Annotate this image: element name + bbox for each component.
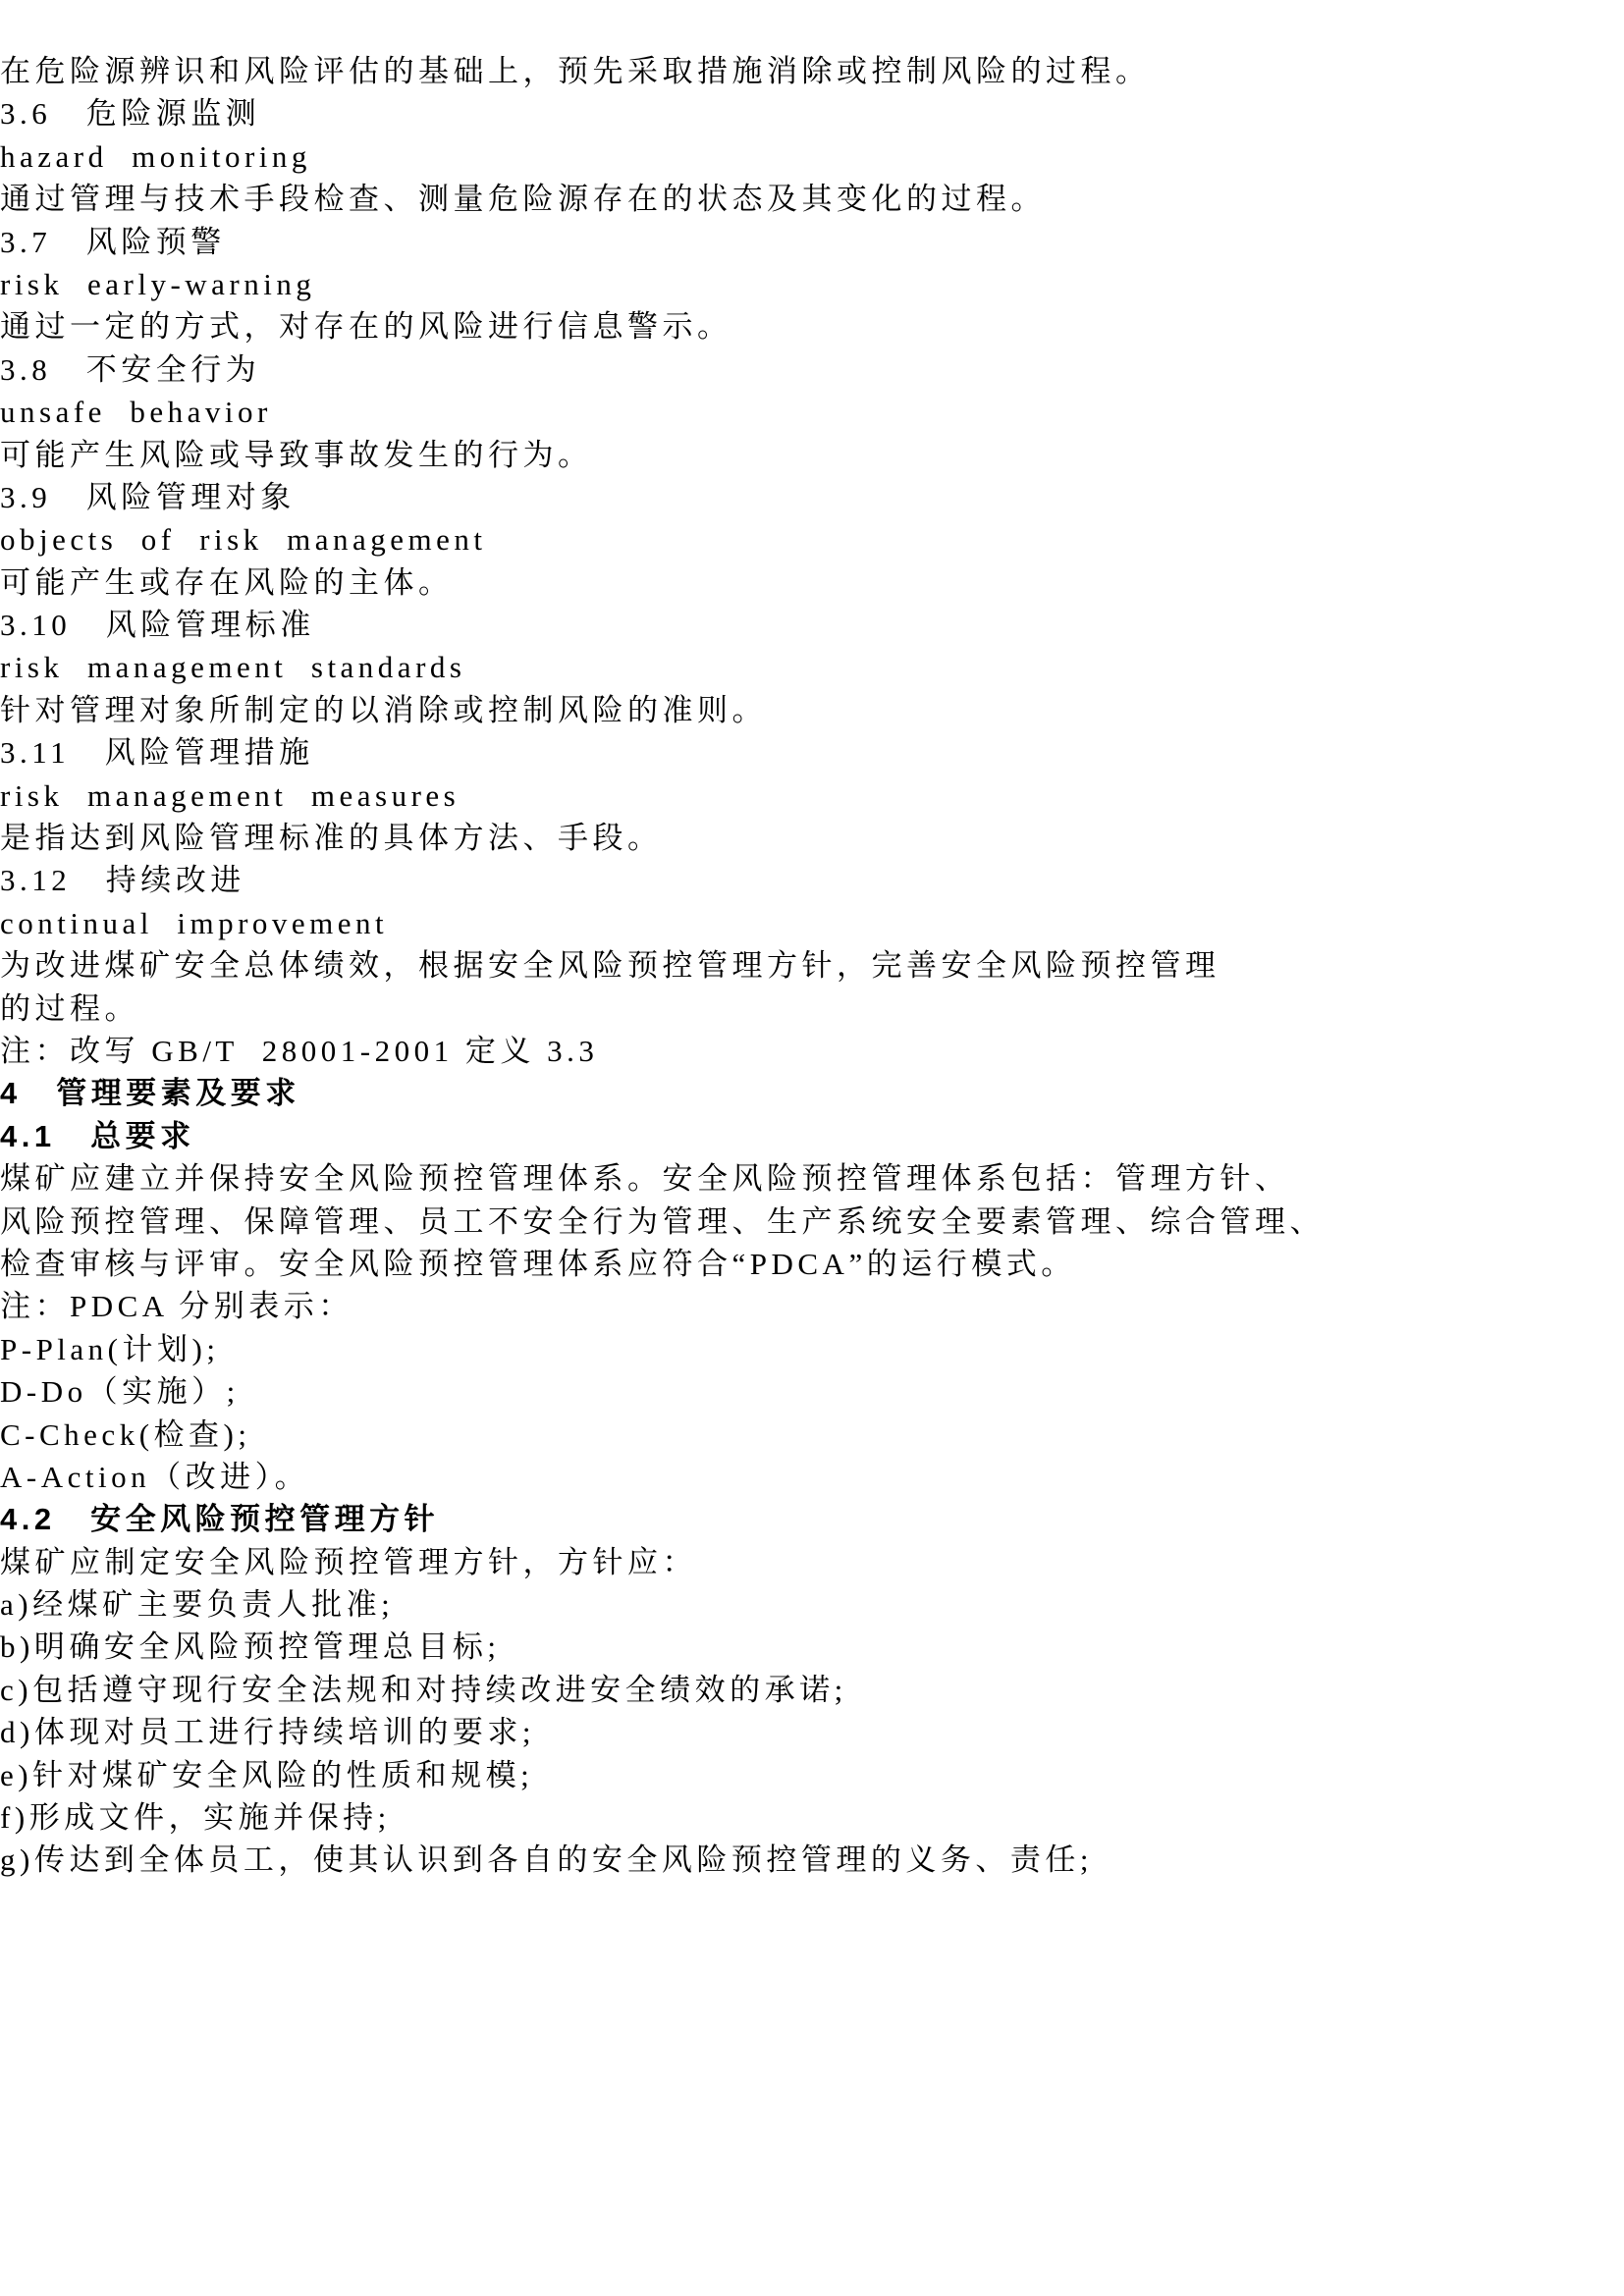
text-line: risk early-warning bbox=[0, 263, 1624, 305]
text-line: 通过管理与技术手段检查、测量危险源存在的状态及其变化的过程。 bbox=[0, 178, 1624, 220]
text-line: 针对管理对象所制定的以消除或控制风险的准则。 bbox=[0, 689, 1624, 731]
text-line: objects of risk management bbox=[0, 518, 1624, 561]
text-line: C-Check(检查); bbox=[0, 1414, 1624, 1456]
text-line: 风险预控管理、保障管理、员工不安全行为管理、生产系统安全要素管理、综合管理、 bbox=[0, 1201, 1624, 1243]
text-line: 3.12 持续改进 bbox=[0, 859, 1624, 901]
text-line: 3.6 危险源监测 bbox=[0, 92, 1624, 134]
text-line: 3.9 风险管理对象 bbox=[0, 476, 1624, 518]
text-line: unsafe behavior bbox=[0, 391, 1624, 433]
text-line: e)针对煤矿安全风险的性质和规模; bbox=[0, 1754, 1624, 1796]
document-page: 在危险源辨识和风险评估的基础上，预先采取措施消除或控制风险的过程。3.6 危险源… bbox=[0, 0, 1624, 2296]
section-heading: 4 管理要素及要求 bbox=[0, 1072, 1624, 1114]
text-line: b)明确安全风险预控管理总目标; bbox=[0, 1626, 1624, 1668]
text-line: continual improvement bbox=[0, 902, 1624, 944]
text-line: 3.7 风险预警 bbox=[0, 221, 1624, 263]
text-line: hazard monitoring bbox=[0, 135, 1624, 178]
section-heading: 4.2 安全风险预控管理方针 bbox=[0, 1498, 1624, 1540]
text-line: P-Plan(计划); bbox=[0, 1328, 1624, 1370]
section-heading: 4.1 总要求 bbox=[0, 1115, 1624, 1157]
text-line: A-Action（改进）。 bbox=[0, 1456, 1624, 1498]
document-body: 在危险源辨识和风险评估的基础上，预先采取措施消除或控制风险的过程。3.6 危险源… bbox=[0, 50, 1624, 1882]
text-line: 3.10 风险管理标准 bbox=[0, 604, 1624, 646]
text-line: 3.11 风险管理措施 bbox=[0, 731, 1624, 774]
text-line: risk management standards bbox=[0, 646, 1624, 688]
text-line: 检查审核与评审。安全风险预控管理体系应符合“PDCA”的运行模式。 bbox=[0, 1243, 1624, 1285]
text-line: 通过一定的方式，对存在的风险进行信息警示。 bbox=[0, 305, 1624, 347]
text-line: g)传达到全体员工，使其认识到各自的安全风险预控管理的义务、责任; bbox=[0, 1839, 1624, 1881]
text-line: 煤矿应制定安全风险预控管理方针，方针应： bbox=[0, 1541, 1624, 1583]
text-line: 可能产生或存在风险的主体。 bbox=[0, 561, 1624, 604]
text-line: 是指达到风险管理标准的具体方法、手段。 bbox=[0, 817, 1624, 859]
text-line: d)体现对员工进行持续培训的要求; bbox=[0, 1711, 1624, 1753]
text-line: 注：改写 GB/T 28001-2001 定义 3.3 bbox=[0, 1030, 1624, 1072]
text-line: a)经煤矿主要负责人批准; bbox=[0, 1583, 1624, 1626]
text-line: 煤矿应建立并保持安全风险预控管理体系。安全风险预控管理体系包括：管理方针、 bbox=[0, 1157, 1624, 1200]
text-line: 为改进煤矿安全总体绩效，根据安全风险预控管理方针，完善安全风险预控管理 bbox=[0, 944, 1624, 987]
text-line: 可能产生风险或导致事故发生的行为。 bbox=[0, 434, 1624, 476]
text-line: f)形成文件，实施并保持; bbox=[0, 1796, 1624, 1839]
text-line: 注：PDCA 分别表示： bbox=[0, 1285, 1624, 1327]
text-line: 在危险源辨识和风险评估的基础上，预先采取措施消除或控制风险的过程。 bbox=[0, 50, 1624, 92]
text-line: 的过程。 bbox=[0, 988, 1624, 1030]
text-line: D-Do（实施）; bbox=[0, 1370, 1624, 1413]
text-line: c)包括遵守现行安全法规和对持续改进安全绩效的承诺; bbox=[0, 1669, 1624, 1711]
text-line: 3.8 不安全行为 bbox=[0, 348, 1624, 391]
text-line: risk management measures bbox=[0, 774, 1624, 817]
